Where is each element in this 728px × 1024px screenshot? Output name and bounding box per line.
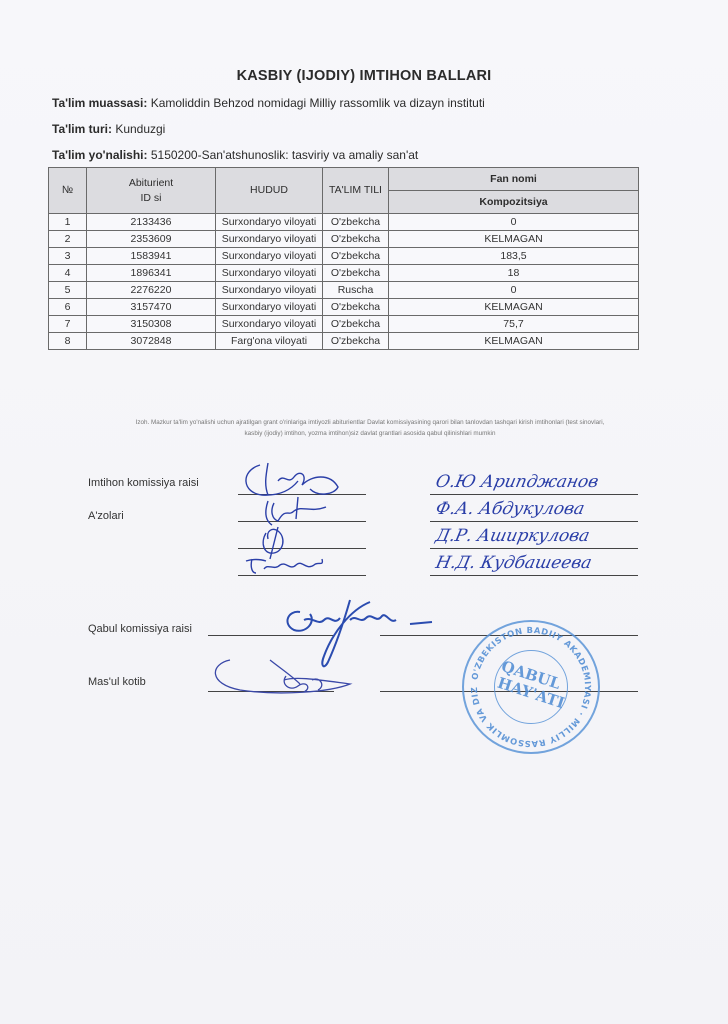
table-row: 63157470Surxondaryo viloyatiO'zbekchaKEL… — [49, 299, 639, 316]
header-id: Abiturient ID si — [87, 168, 216, 214]
cell-id: 2276220 — [87, 282, 216, 299]
cell-score: 0 — [389, 214, 639, 231]
cell-score: 183,5 — [389, 248, 639, 265]
study-form-value: Kunduzgi — [115, 122, 165, 136]
cell-id: 2353609 — [87, 231, 216, 248]
study-form-label: Ta'lim turi: — [52, 122, 112, 136]
admission-chair-label: Qabul komissiya raisi — [88, 623, 192, 635]
footnote: Izoh. Mazkur ta'lim yo'nalishi uchun ajr… — [30, 417, 710, 439]
table-row: 83072848Farg'ona viloyatiO'zbekchaKELMAG… — [49, 333, 639, 350]
cell-language: O'zbekcha — [323, 265, 389, 282]
table-row: 12133436Surxondaryo viloyatiO'zbekcha0 — [49, 214, 639, 231]
document-page: KASBIY (IJODIY) IMTIHON BALLARI Ta'lim m… — [0, 0, 728, 1024]
cell-score: KELMAGAN — [389, 333, 639, 350]
cell-id: 1583941 — [87, 248, 216, 265]
cell-num: 6 — [49, 299, 87, 316]
cell-score: KELMAGAN — [389, 231, 639, 248]
study-form-line: Ta'lim turi: Kunduzgi — [52, 122, 165, 136]
cell-score: 18 — [389, 265, 639, 282]
cell-num: 7 — [49, 316, 87, 333]
document-title: KASBIY (IJODIY) IMTIHON BALLARI — [0, 68, 728, 84]
institution-value: Kamoliddin Behzod nomidagi Milliy rassom… — [151, 96, 485, 110]
member-name-2: Ф.А. Абдукулова — [434, 499, 586, 519]
cell-num: 8 — [49, 333, 87, 350]
footnote-line1: Izoh. Mazkur ta'lim yo'nalishi uchun ajr… — [30, 417, 710, 428]
table-row: 52276220Surxondaryo viloyatiRuscha0 — [49, 282, 639, 299]
cell-language: O'zbekcha — [323, 214, 389, 231]
cell-id: 1896341 — [87, 265, 216, 282]
name-line — [430, 494, 638, 495]
study-direction-value: 5150200-San'atshunoslik: tasviriy va ama… — [151, 148, 418, 162]
cell-region: Surxondaryo viloyati — [216, 265, 323, 282]
table-row: 31583941Surxondaryo viloyatiO'zbekcha183… — [49, 248, 639, 265]
header-id-line1: Abiturient — [87, 176, 215, 191]
cell-region: Surxondaryo viloyati — [216, 214, 323, 231]
secretary-label: Mas'ul kotib — [88, 676, 146, 688]
cell-region: Surxondaryo viloyati — [216, 299, 323, 316]
cell-score: KELMAGAN — [389, 299, 639, 316]
cell-language: O'zbekcha — [323, 316, 389, 333]
institution-label: Ta'lim muassasi: — [52, 96, 147, 110]
cell-language: O'zbekcha — [323, 299, 389, 316]
cell-id: 3157470 — [87, 299, 216, 316]
cell-id: 3072848 — [87, 333, 216, 350]
cell-num: 1 — [49, 214, 87, 231]
name-line — [430, 575, 638, 576]
admission-stamp: O'ZBEKISTON BADIIY AKADEMIYASI · MILLIY … — [462, 620, 600, 754]
header-region: HUDUD — [216, 168, 323, 214]
header-subject: Kompozitsiya — [389, 191, 639, 214]
member-name-1: О.Ю Арипджанов — [434, 472, 601, 492]
cell-id: 3150308 — [87, 316, 216, 333]
header-id-line2: ID si — [87, 191, 215, 206]
cell-region: Surxondaryo viloyati — [216, 282, 323, 299]
cell-language: O'zbekcha — [323, 333, 389, 350]
cell-language: O'zbekcha — [323, 231, 389, 248]
cell-score: 75,7 — [389, 316, 639, 333]
handwritten-signature — [238, 455, 368, 580]
table-row: 41896341Surxondaryo viloyatiO'zbekcha18 — [49, 265, 639, 282]
cell-region: Surxondaryo viloyati — [216, 316, 323, 333]
header-language: TA'LIM TILI — [323, 168, 389, 214]
table-row: 73150308Surxondaryo viloyatiO'zbekcha75,… — [49, 316, 639, 333]
admission-chair-signature — [200, 580, 500, 720]
cell-num: 5 — [49, 282, 87, 299]
cell-num: 3 — [49, 248, 87, 265]
member-name-4: Н.Д. Кудбашеева — [434, 553, 594, 573]
name-line — [430, 521, 638, 522]
footnote-line2: kasbiy (ijodiy) imtihon, yozma imtihon)s… — [30, 428, 710, 439]
cell-region: Farg'ona viloyati — [216, 333, 323, 350]
cell-language: O'zbekcha — [323, 248, 389, 265]
cell-language: Ruscha — [323, 282, 389, 299]
cell-num: 4 — [49, 265, 87, 282]
header-subject-group: Fan nomi — [389, 168, 639, 191]
cell-id: 2133436 — [87, 214, 216, 231]
cell-num: 2 — [49, 231, 87, 248]
header-num: № — [49, 168, 87, 214]
cell-region: Surxondaryo viloyati — [216, 248, 323, 265]
institution-line: Ta'lim muassasi: Kamoliddin Behzod nomid… — [52, 96, 485, 110]
cell-region: Surxondaryo viloyati — [216, 231, 323, 248]
table-row: 22353609Surxondaryo viloyatiO'zbekchaKEL… — [49, 231, 639, 248]
members-label: A'zolari — [88, 510, 124, 522]
scores-table: № Abiturient ID si HUDUD TA'LIM TILI Fan… — [48, 167, 639, 350]
study-direction-line: Ta'lim yo'nalishi: 5150200-San'atshunosl… — [52, 148, 418, 162]
study-direction-label: Ta'lim yo'nalishi: — [52, 148, 148, 162]
member-name-3: Д.Р. Аширкулова — [434, 526, 592, 546]
name-line — [430, 548, 638, 549]
cell-score: 0 — [389, 282, 639, 299]
exam-chair-label: Imtihon komissiya raisi — [88, 477, 199, 489]
